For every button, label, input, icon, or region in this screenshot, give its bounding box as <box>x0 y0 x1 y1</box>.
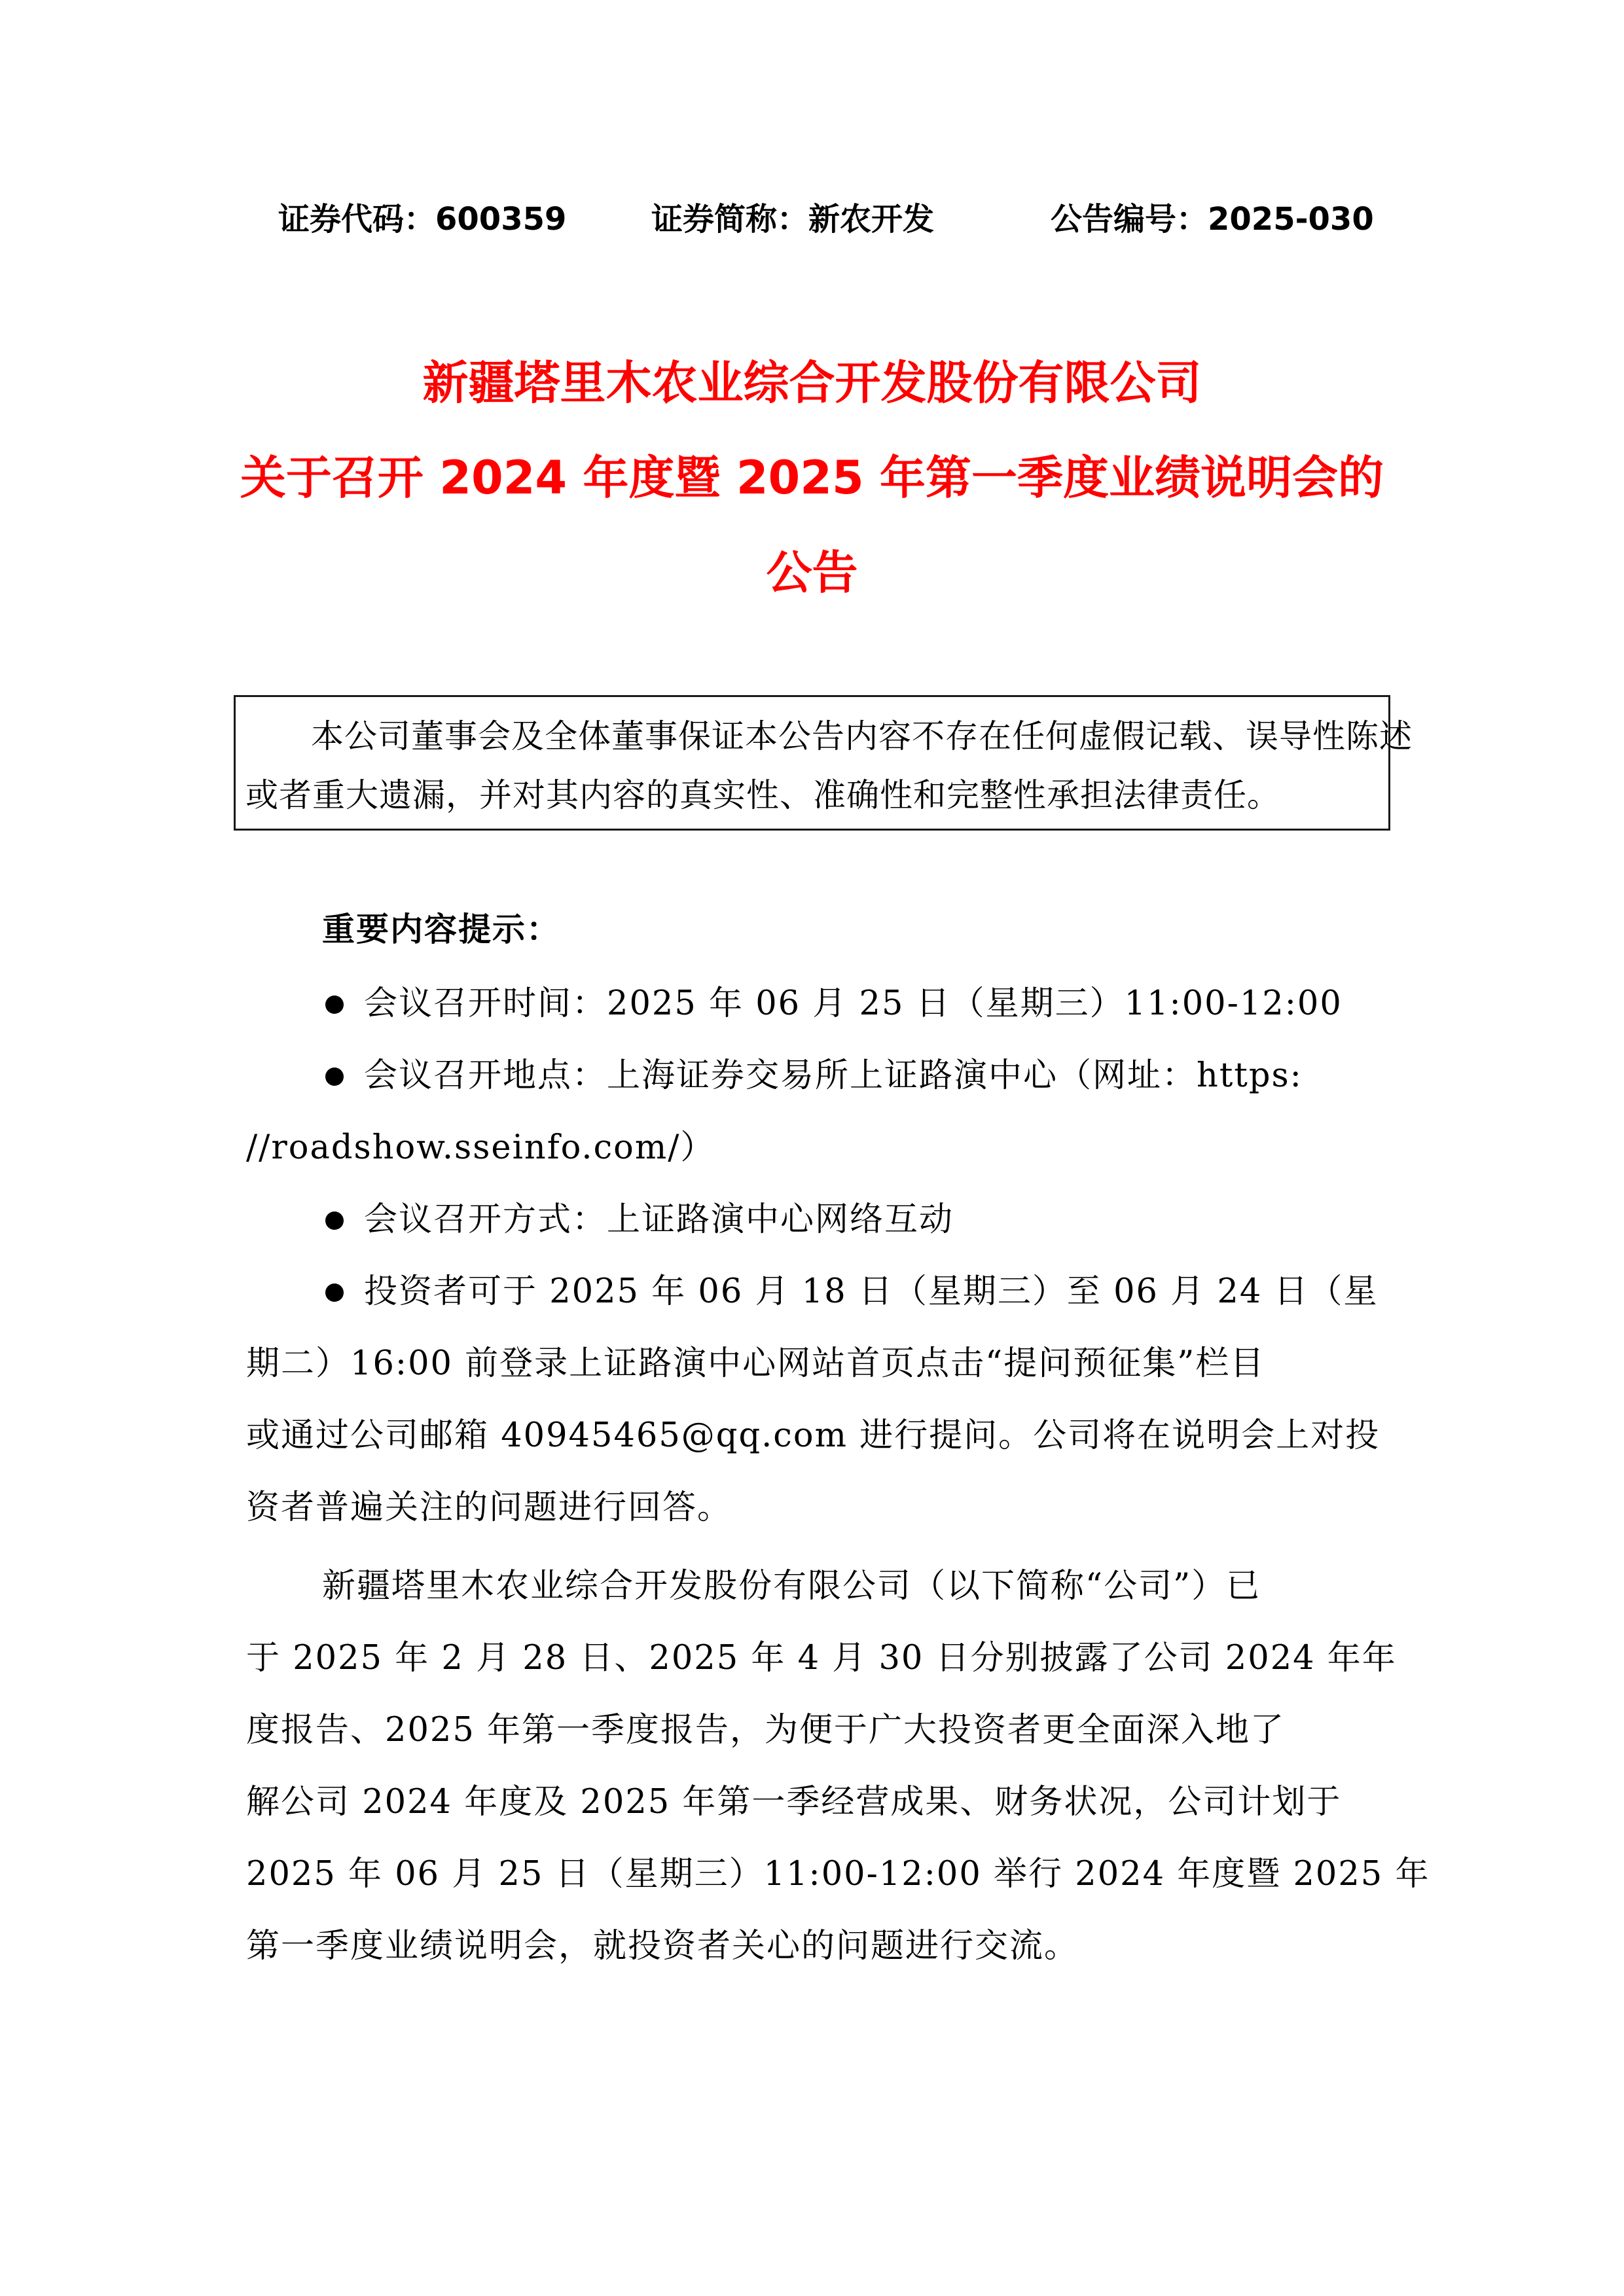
highlights-heading: 重要内容提示： <box>322 903 560 956</box>
body-paragraph-line-3: 度报告、2025 年第一季度报告，为便于广大投资者更全面深入地了 <box>246 1704 1285 1757</box>
highlight-questions-line-1: 投资者可于 2025 年 06 月 18 日（星期三）至 06 月 24 日（星 <box>364 1266 1379 1318</box>
document-page: 证券代码：600359 证券简称：新农开发 公告编号：2025-030 新疆塔里… <box>0 0 1624 2296</box>
title-company-name: 新疆塔里木农业综合开发股份有限公司 <box>0 350 1624 416</box>
body-paragraph-line-2: 于 2025 年 2 月 28 日、2025 年 4 月 30 日分别披露了公司… <box>246 1632 1397 1685</box>
highlight-meeting-location: 会议召开地点：上海证券交易所上证路演中心（网址：https: <box>364 1050 1303 1102</box>
highlight-questions-line-4: 资者普遍关注的问题进行回答。 <box>246 1482 732 1534</box>
bullet-icon <box>325 996 344 1014</box>
highlight-meeting-method: 会议召开方式：上证路演中心网络互动 <box>364 1194 954 1246</box>
bullet-icon <box>325 1067 344 1086</box>
securities-header: 证券代码：600359 证券简称：新农开发 公告编号：2025-030 <box>249 193 1401 245</box>
highlight-meeting-location-url: //roadshow.sseinfo.com/） <box>246 1122 715 1174</box>
body-paragraph-line-5: 2025 年 06 月 25 日（星期三）11:00-12:00 举行 2024… <box>246 1848 1430 1901</box>
body-paragraph-line-6: 第一季度业绩说明会，就投资者关心的问题进行交流。 <box>246 1920 1079 1973</box>
body-paragraph-line-4: 解公司 2024 年度及 2025 年第一季经营成果、财务状况，公司计划于 <box>246 1776 1341 1829</box>
security-abbreviation: 证券简称：新农开发 <box>651 193 934 245</box>
highlight-questions-line-2: 期二）16:00 前登录上证路演中心网站首页点击“提问预征集”栏目 <box>246 1338 1265 1390</box>
bullet-icon <box>325 1211 344 1230</box>
title-announcement: 公告 <box>0 540 1624 605</box>
highlight-meeting-time: 会议召开时间：2025 年 06 月 25 日（星期三）11:00-12:00 <box>364 978 1343 1030</box>
declaration-box: 本公司董事会及全体董事保证本公告内容不存在任何虚假记载、误导性陈述 或者重大遗漏… <box>234 695 1390 831</box>
highlight-questions-line-3: 或通过公司邮箱 40945465@qq.com 进行提问。公司将在说明会上对投 <box>246 1410 1380 1462</box>
body-paragraph-line-1: 新疆塔里木农业综合开发股份有限公司（以下简称“公司”）已 <box>322 1560 1261 1613</box>
announcement-number: 公告编号：2025-030 <box>1051 193 1374 245</box>
declaration-line-2: 或者重大遗漏，并对其内容的真实性、准确性和完整性承担法律责任。 <box>245 772 1280 818</box>
declaration-line-1: 本公司董事会及全体董事保证本公告内容不存在任何虚假记载、误导性陈述 <box>311 713 1413 759</box>
bullet-icon <box>325 1283 344 1302</box>
security-code: 证券代码：600359 <box>278 193 566 245</box>
title-subject: 关于召开 2024 年度暨 2025 年第一季度业绩说明会的 <box>0 445 1624 511</box>
